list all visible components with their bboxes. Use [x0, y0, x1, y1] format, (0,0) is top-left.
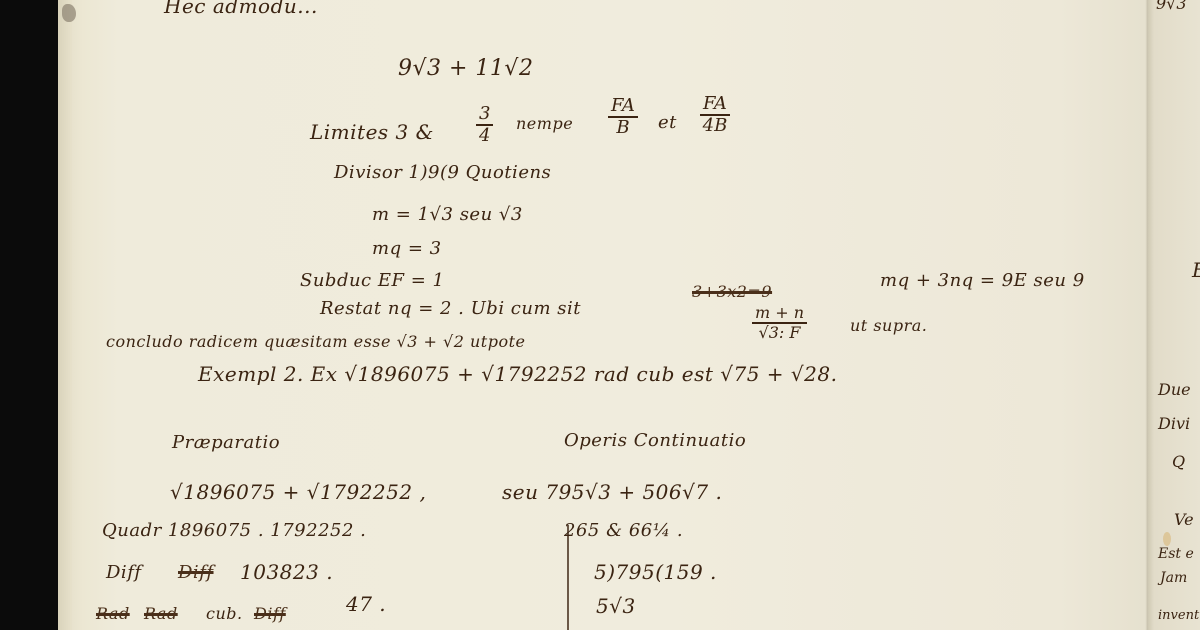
- ut-supra: ut supra.: [850, 316, 927, 335]
- quadr-row: Quadr 1896075 . 1792252 .: [102, 520, 366, 541]
- next-page-fragment: 9√3: [1156, 0, 1187, 13]
- manuscript-page: Hec admodu... 9√3 + 11√2 Limites 3 & 3 4…: [58, 0, 1148, 630]
- next-page-fragment: Q: [1172, 452, 1185, 471]
- continuatio-row-4: 5√3: [596, 594, 636, 618]
- expression-line: 9√3 + 11√2: [398, 56, 533, 81]
- paper-stain: [1163, 532, 1171, 546]
- mq-equation: mq = 3: [372, 238, 442, 259]
- example-2-line: Exempl 2. Ex √1896075 + √1792252 rad cub…: [198, 362, 837, 386]
- header-fragment: Hec admodu...: [164, 0, 318, 18]
- restat-line: Restat nq = 2 . Ubi cum sit: [320, 298, 581, 319]
- diff-value: 103823 .: [240, 560, 333, 584]
- cub-word: cub.: [206, 604, 243, 623]
- next-page-fragment: Est e: [1158, 546, 1194, 562]
- main-equation: mq + 3nq = 9E seu 9: [880, 270, 1085, 291]
- preparatio-row-1: √1896075 + √1792252 ,: [170, 480, 426, 504]
- next-page-fragment: E: [1192, 258, 1200, 282]
- diff-label: Diff: [106, 562, 142, 583]
- continuatio-heading: Operis Continuatio: [564, 430, 746, 451]
- fraction-fa-b: FA B: [608, 96, 638, 138]
- next-page-fragment: Due: [1158, 380, 1191, 399]
- rad-value: 47 .: [346, 592, 386, 616]
- next-page-fragment: Ve: [1174, 510, 1194, 529]
- m-equation: m = 1√3 seu √3: [372, 204, 523, 225]
- continuatio-row-2: 265 & 66¼ .: [564, 520, 683, 541]
- diff-struck: Diff: [178, 562, 214, 583]
- et-word: et: [658, 112, 677, 133]
- fraction-m-plus-n: m + n √3: F: [752, 304, 807, 342]
- subduc-line: Subduc EF = 1: [300, 270, 444, 291]
- continuatio-row-3: 5)795(159 .: [594, 560, 717, 584]
- nempe-word: nempe: [516, 114, 573, 133]
- limits-label: Limites 3 &: [310, 120, 434, 144]
- next-page-edge: 9√3 E Due Divi Q Ve Est e Jam invent: [1148, 0, 1200, 630]
- struck-equation: 3+3x2=9: [692, 282, 772, 301]
- divisor-line: Divisor 1)9(9 Quotiens: [334, 162, 551, 183]
- rad-label: Rad: [96, 604, 130, 623]
- page-edge: [58, 0, 72, 630]
- rad-struck: Rad: [144, 604, 178, 623]
- concludo-line: concludo radicem quæsitam esse √3 + √2 u…: [106, 332, 525, 351]
- preparatio-heading: Præparatio: [172, 432, 280, 453]
- page-tear: [62, 4, 76, 22]
- fraction-fa-4b: FA 4B: [700, 94, 730, 136]
- rad-diff-struck: Diff: [254, 604, 286, 623]
- fraction-three-quarters: 3 4: [476, 104, 493, 146]
- next-page-fragment: Jam: [1160, 570, 1187, 586]
- next-page-fragment: invent: [1158, 608, 1199, 623]
- next-page-fragment: Divi: [1158, 414, 1190, 433]
- continuatio-row-1: seu 795√3 + 506√7 .: [502, 480, 722, 504]
